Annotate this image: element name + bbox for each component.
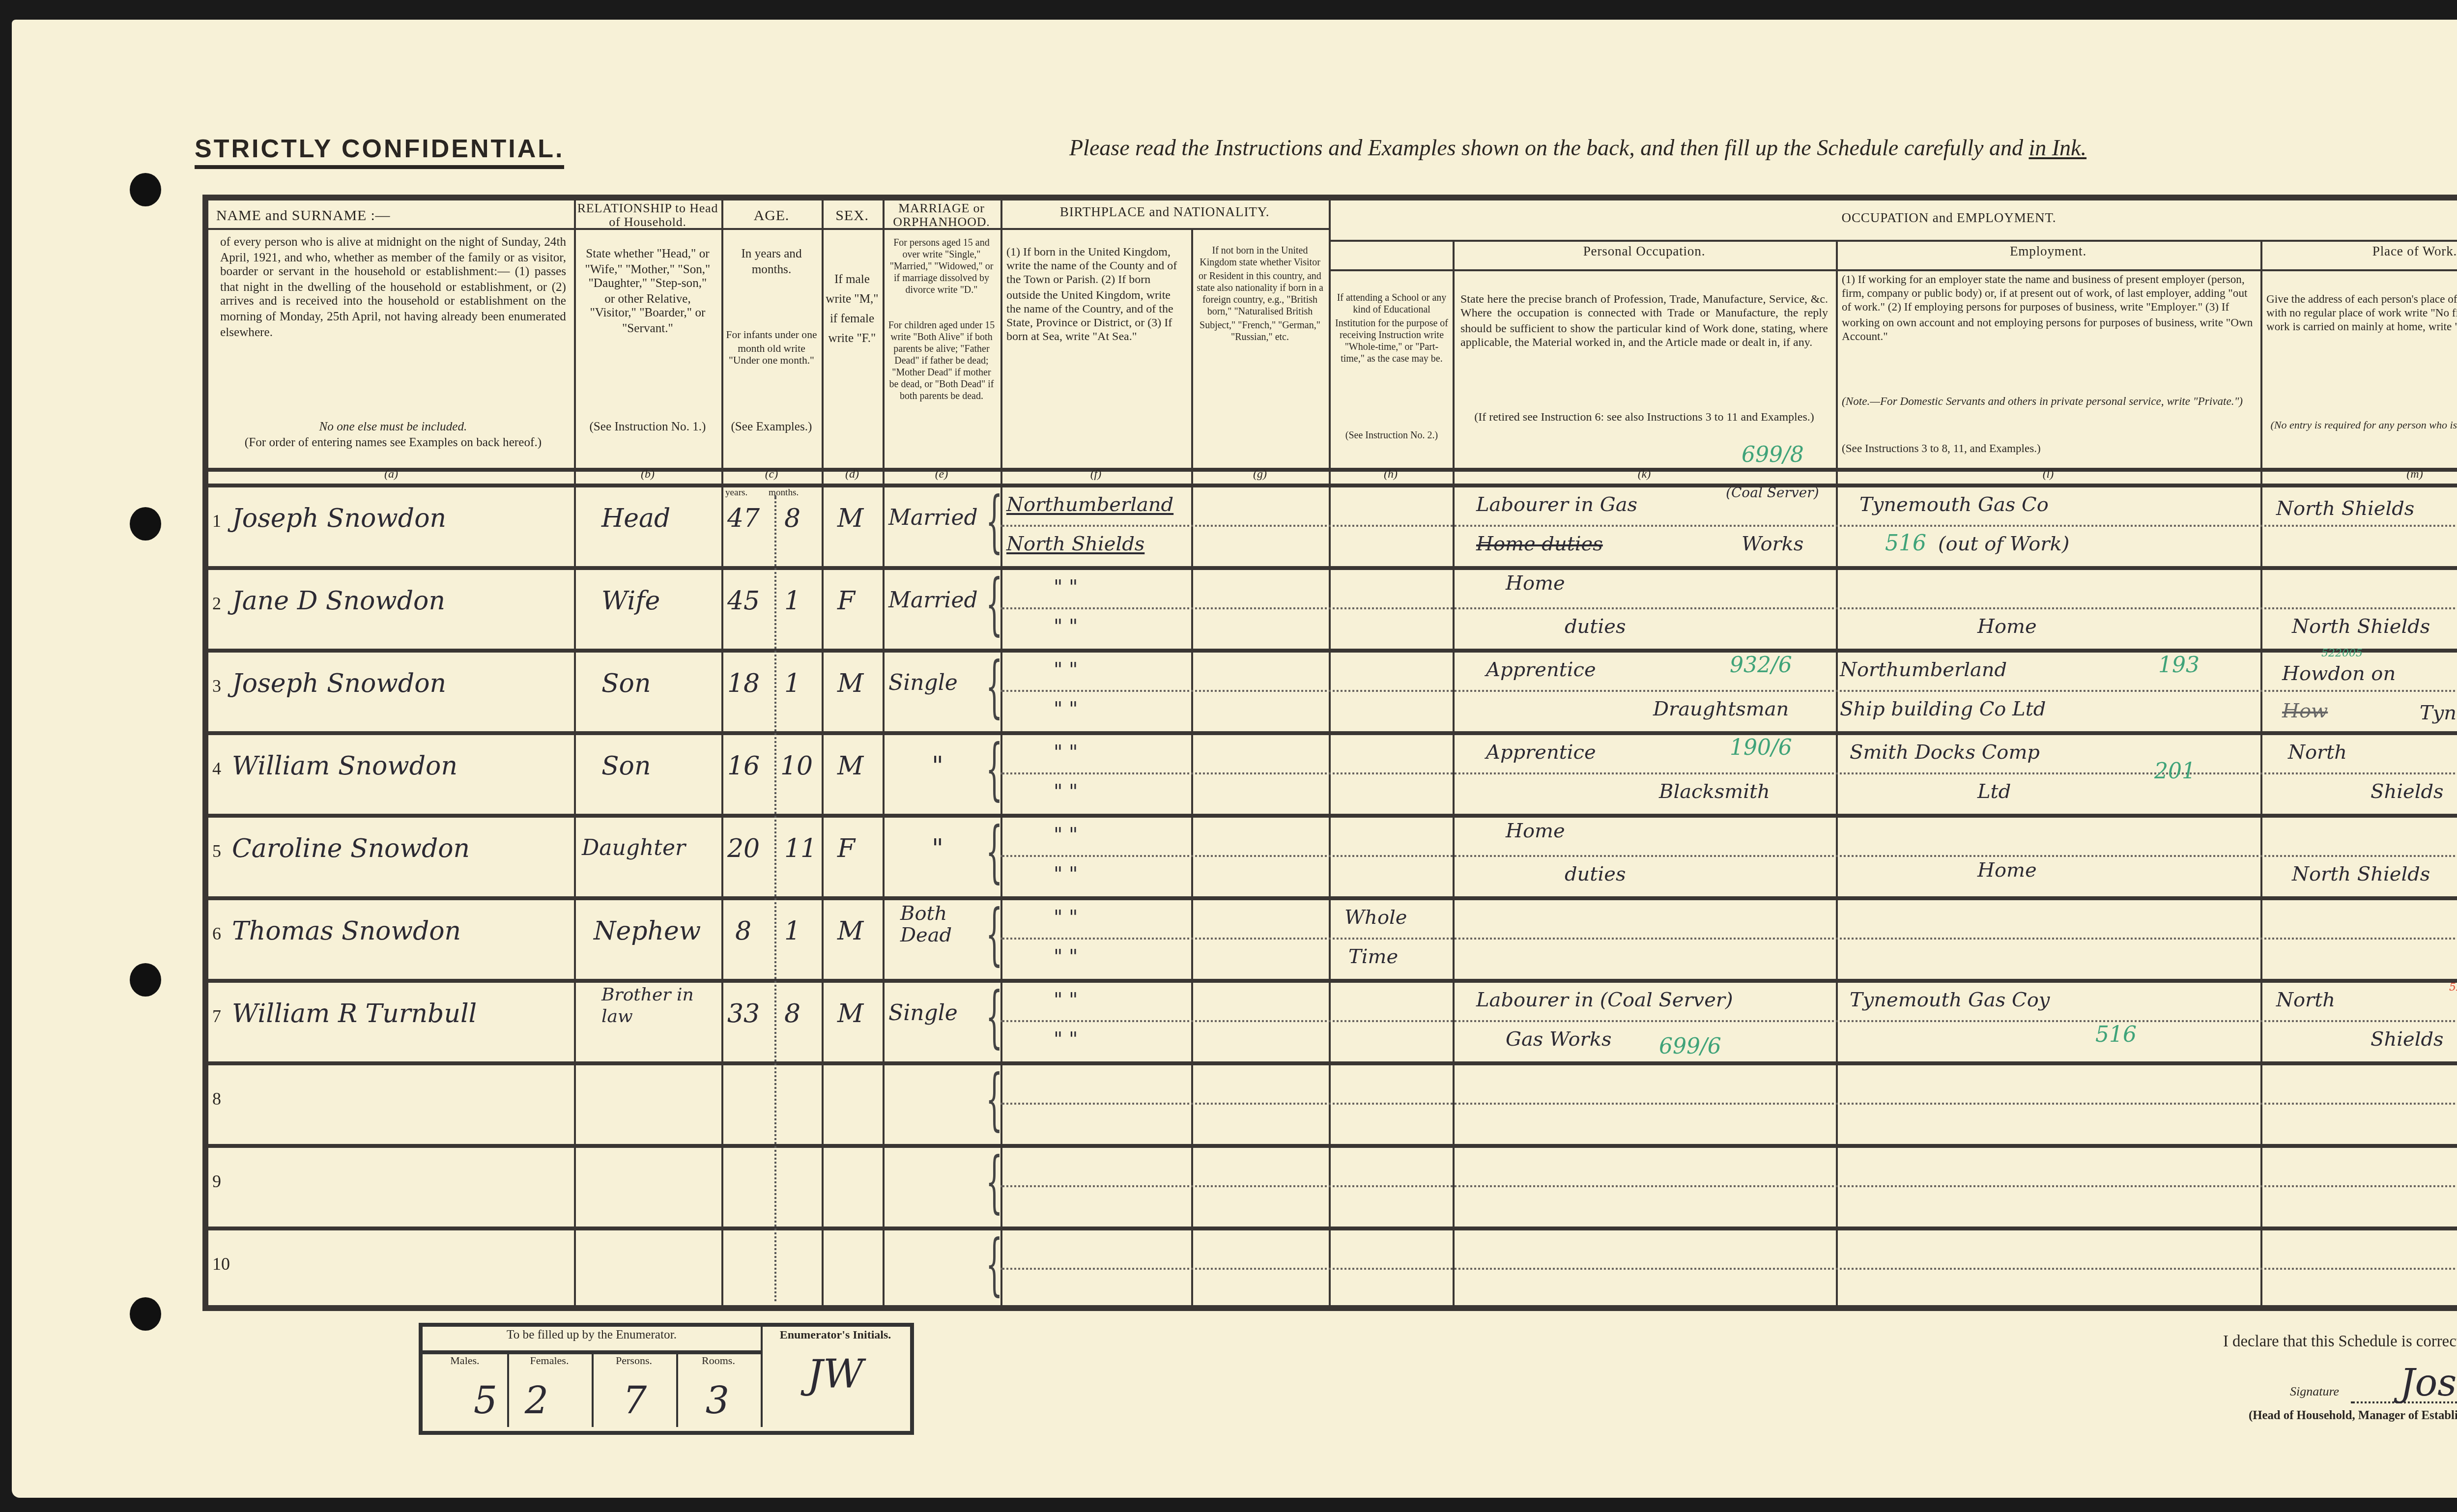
birthplace-town: " " [1054, 782, 1078, 804]
signature-label: Signature [2290, 1386, 2339, 1399]
birthplace-town: " " [1054, 617, 1078, 639]
personal-occupation: Labourer in Gas [1476, 495, 1637, 517]
row-number: 10 [212, 1254, 230, 1274]
personal-occupation-2: Works [1742, 535, 1803, 556]
sex: F [837, 835, 855, 865]
occupation-code: 932/6 [1730, 653, 1792, 678]
birthplace-county: " " [1054, 743, 1078, 765]
age-months: 10 [780, 753, 813, 782]
place-of-work: North [2288, 743, 2347, 765]
person-name: Thomas Snowdon [232, 918, 461, 947]
employment-code: 516 [2095, 1022, 2137, 1048]
place-of-work: North [2276, 991, 2335, 1012]
place-of-work-2: Tyne [2420, 704, 2457, 725]
employer: Tynemouth Gas Coy [1850, 991, 2050, 1012]
age-years: 20 [727, 835, 760, 865]
place-struck: How [2282, 702, 2328, 723]
place-of-work-2: Shields [2371, 1030, 2444, 1052]
age-months: 8 [784, 505, 800, 535]
punch-hole [130, 173, 161, 206]
employer-2: Ltd [1977, 782, 2011, 804]
employment-code: 193 [2158, 653, 2200, 678]
punch-hole [130, 963, 161, 997]
occupation-code: 699/6 [1659, 1034, 1721, 1059]
relationship: Head [601, 505, 670, 535]
personal-occupation: Apprentice [1486, 660, 1596, 682]
household-table: NAME and SURNAME :— RELATIONSHIP to Head… [202, 195, 2457, 1311]
birthplace-county: Northumberland [1006, 495, 1173, 517]
birthplace-town: " " [1054, 865, 1078, 886]
marriage-status: " [932, 753, 943, 782]
birthplace-town: " " [1054, 700, 1078, 721]
brace: { [986, 572, 1003, 639]
employer: Home [1977, 861, 2037, 883]
age-months: 8 [784, 1000, 800, 1030]
school-attendance: Whole [1344, 908, 1407, 930]
punch-hole [130, 1297, 161, 1331]
age-months: 11 [784, 835, 817, 865]
sex: M [837, 670, 863, 700]
females-count: 2 [517, 1380, 556, 1423]
person-name: Caroline Snowdon [232, 835, 470, 865]
declaration-text: I declare that this Schedule is correctl… [2223, 1333, 2457, 1350]
sex: M [837, 1000, 863, 1030]
place-of-work: Howdon on [2282, 664, 2396, 686]
brace: { [986, 737, 1003, 804]
school-attendance-2: Time [1348, 947, 1398, 969]
place-of-work: North Shields [2276, 499, 2414, 521]
age-months: 1 [784, 918, 800, 947]
personal-occupation: Home [1506, 822, 1565, 843]
marriage-status: Single [888, 670, 958, 696]
age-years: 33 [727, 1000, 760, 1030]
personal-occupation-2: Draughtsman [1653, 700, 1789, 721]
relationship: Son [601, 753, 651, 782]
person-name: Joseph Snowdon [232, 505, 446, 535]
age-years: 18 [727, 670, 760, 700]
age-years: 45 [727, 588, 760, 617]
birthplace-county: " " [1054, 826, 1078, 847]
marriage-status: " [932, 835, 943, 865]
relationship: Daughter [582, 835, 686, 861]
brace: { [986, 985, 1003, 1052]
census-schedule-page: STRICTLY CONFIDENTIAL. Please read the I… [12, 20, 2457, 1498]
brace: { [986, 489, 1003, 556]
row-number: 9 [212, 1171, 221, 1191]
birthplace-town: " " [1054, 1030, 1078, 1052]
relationship: Nephew [594, 918, 701, 947]
birthplace-town: North Shields [1006, 535, 1144, 556]
sex: M [837, 753, 863, 782]
occupation-struck: Home duties [1476, 535, 1603, 556]
personal-occupation-2: duties [1565, 617, 1626, 639]
marriage-status: Married [888, 588, 978, 613]
persons-count: 7 [615, 1380, 655, 1423]
personal-occupation-2: duties [1565, 865, 1626, 886]
brace: { [986, 902, 1003, 969]
marriage-status: Single [888, 1000, 958, 1026]
personal-occupation-2: Gas Works [1506, 1030, 1611, 1052]
instructions-line: Please read the Instructions and Example… [1069, 138, 2086, 161]
age-months: 1 [784, 588, 800, 617]
employment-code: 516 [1885, 531, 1926, 556]
relationship: Wife [601, 588, 660, 617]
sex: M [837, 505, 863, 535]
place-of-work-2: Shields [2371, 782, 2444, 804]
relationship: Brother in law [601, 987, 696, 1030]
employer: Smith Docks Comp [1850, 743, 2040, 765]
males-count: 5 [466, 1380, 505, 1423]
age-years: 47 [727, 505, 760, 535]
person-name: Joseph Snowdon [232, 670, 446, 700]
employer-2: Ship building Co Ltd [1840, 700, 2046, 721]
sex: M [837, 918, 863, 947]
place-code: 5210/09 [2449, 983, 2457, 995]
person-name: Jane D Snowdon [232, 588, 445, 617]
age-years: 16 [727, 753, 760, 782]
marriage-status: Both Dead [900, 904, 979, 947]
birthplace-county: " " [1054, 991, 1078, 1012]
brace: { [986, 1067, 1003, 1134]
personal-occupation: Labourer in (Coal Server) [1476, 991, 1733, 1012]
signature: Joseph Snowdon [2400, 1362, 2457, 1405]
place-code: 522005 [2321, 649, 2363, 660]
employer-2: (out of Work) [1938, 535, 2069, 556]
age-years: 8 [735, 918, 751, 947]
brace: { [986, 1232, 1003, 1299]
employer: Northumberland [1840, 660, 2007, 682]
employer: Home [1977, 617, 2037, 639]
place-of-work: North Shields [2292, 617, 2430, 639]
personal-occupation-2: Blacksmith [1659, 782, 1770, 804]
brace: { [986, 1150, 1003, 1217]
personal-occupation: Apprentice [1486, 743, 1596, 765]
marriage-status: Married [888, 505, 978, 531]
birthplace-county: " " [1054, 660, 1078, 682]
person-name: William Snowdon [232, 753, 457, 782]
row-number: 8 [212, 1089, 221, 1109]
employer: Tynemouth Gas Co [1859, 495, 2049, 517]
page-title: STRICTLY CONFIDENTIAL. [195, 134, 565, 169]
sex: F [837, 588, 855, 617]
rooms-count: 3 [698, 1380, 737, 1423]
birthplace-county: " " [1054, 908, 1078, 930]
occupation-note: (Coal Server) [1726, 485, 1819, 501]
punch-hole [130, 507, 161, 541]
place-of-work: North Shields [2292, 865, 2430, 886]
personal-occupation: Home [1506, 574, 1565, 596]
person-name: William R Turnbull [232, 1000, 477, 1030]
brace: { [986, 820, 1003, 886]
signature-note: (Head of Household, Manager of Establish… [2249, 1409, 2457, 1423]
occupation-code: 190/6 [1730, 735, 1792, 761]
occupation-code: 699/8 [1742, 442, 1804, 468]
enumerator-initials: JW [763, 1350, 908, 1398]
relationship: Son [601, 670, 651, 700]
enumerator-summary-box: To be filled up by the Enumerator. Enume… [419, 1323, 914, 1435]
birthplace-town: " " [1054, 947, 1078, 969]
birthplace-county: " " [1054, 578, 1078, 599]
brace: { [986, 655, 1003, 721]
employment-code: 201 [2154, 759, 2196, 784]
age-months: 1 [784, 670, 800, 700]
